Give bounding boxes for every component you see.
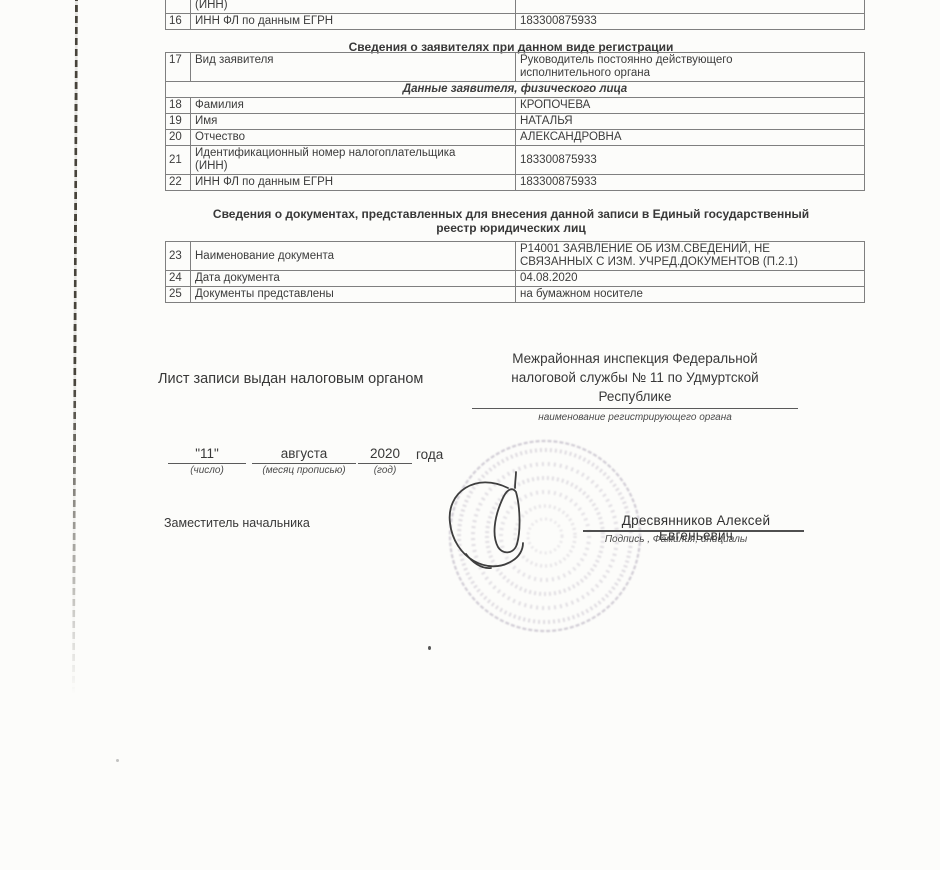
field-value-cell: 183300875933 bbox=[516, 146, 865, 175]
table-row: 20 Отчество АЛЕКСАНДРОВНА bbox=[166, 130, 865, 146]
issued-by-label: Лист записи выдан налоговым органом bbox=[158, 371, 423, 387]
applicants-table: 17 Вид заявителя Руководитель постоянно … bbox=[165, 52, 865, 191]
row-number-cell: 21 bbox=[166, 146, 191, 175]
field-value-cell: на бумажном носителе bbox=[516, 287, 865, 303]
row-number-cell: 25 bbox=[166, 287, 191, 303]
table-row: 21 Идентификационный номер налогоплатель… bbox=[166, 146, 865, 175]
row-number-cell: 17 bbox=[166, 53, 191, 82]
table-row: 23 Наименование документа Р14001 ЗАЯВЛЕН… bbox=[166, 242, 865, 271]
date-year-value: 2020 bbox=[358, 446, 412, 464]
field-label-cell: Вид заявителя bbox=[191, 53, 516, 82]
date-year-field: 2020 (год) bbox=[358, 446, 412, 476]
section-title-documents: Сведения о документах, представленных дл… bbox=[150, 207, 872, 235]
documents-table: 23 Наименование документа Р14001 ЗАЯВЛЕН… bbox=[165, 241, 865, 303]
signature-underline bbox=[583, 530, 804, 532]
table-subheader-row: Данные заявителя, физического лица bbox=[166, 82, 865, 98]
field-label-cell: Имя bbox=[191, 114, 516, 130]
field-value-cell: КРОПОЧЕВА bbox=[516, 98, 865, 114]
subheader-cell: Данные заявителя, физического лица bbox=[166, 82, 865, 98]
field-value-cell bbox=[516, 0, 865, 14]
signature-caption: Подпись , Фамилия, инициалы bbox=[576, 534, 776, 545]
row-number-cell: 24 bbox=[166, 271, 191, 287]
table-row: 18 Фамилия КРОПОЧЕВА bbox=[166, 98, 865, 114]
date-month-caption: (месяц прописью) bbox=[252, 464, 356, 476]
row-number-cell: 20 bbox=[166, 130, 191, 146]
field-label-cell: Наименование документа bbox=[191, 242, 516, 271]
table-row: 25 Документы представлены на бумажном но… bbox=[166, 287, 865, 303]
field-label-cell: Отчество bbox=[191, 130, 516, 146]
row-number-cell: 22 bbox=[166, 175, 191, 191]
field-label-cell: (ИНН) bbox=[191, 0, 516, 14]
date-year-caption: (год) bbox=[358, 464, 412, 476]
field-value-cell: НАТАЛЬЯ bbox=[516, 114, 865, 130]
inn-table-fragment: (ИНН) 16 ИНН ФЛ по данным ЕГРН 183300875… bbox=[165, 0, 865, 30]
scan-binding-artifact bbox=[72, 0, 78, 694]
authority-caption: наименование регистрирующего органа bbox=[472, 412, 798, 423]
field-value-cell: 04.08.2020 bbox=[516, 271, 865, 287]
row-number-cell: 19 bbox=[166, 114, 191, 130]
row-number-cell: 23 bbox=[166, 242, 191, 271]
table-row: 24 Дата документа 04.08.2020 bbox=[166, 271, 865, 287]
field-label-cell: Фамилия bbox=[191, 98, 516, 114]
field-label-cell: Документы представлены bbox=[191, 287, 516, 303]
table-row: (ИНН) bbox=[166, 0, 865, 14]
scanned-egrul-record-sheet: (ИНН) 16 ИНН ФЛ по данным ЕГРН 183300875… bbox=[0, 0, 940, 870]
field-label-cell: ИНН ФЛ по данным ЕГРН bbox=[191, 14, 516, 30]
field-label-cell: Дата документа bbox=[191, 271, 516, 287]
field-label-cell: ИНН ФЛ по данным ЕГРН bbox=[191, 175, 516, 191]
field-value-cell: 183300875933 bbox=[516, 175, 865, 191]
field-value-cell: Руководитель постоянно действующего испо… bbox=[516, 53, 865, 82]
table-row: 17 Вид заявителя Руководитель постоянно … bbox=[166, 53, 865, 82]
row-number-cell bbox=[166, 0, 191, 14]
field-label-cell: Идентификационный номер налогоплательщик… bbox=[191, 146, 516, 175]
row-number-cell: 16 bbox=[166, 14, 191, 30]
row-number-cell: 18 bbox=[166, 98, 191, 114]
registering-authority-name: Межрайонная инспекция Федеральной налого… bbox=[472, 349, 798, 409]
signer-position-label: Заместитель начальника bbox=[164, 516, 310, 530]
field-value-cell: 183300875933 bbox=[516, 14, 865, 30]
date-day-value: "11" bbox=[168, 446, 246, 464]
field-value-cell: Р14001 ЗАЯВЛЕНИЕ ОБ ИЗМ.СВЕДЕНИЙ, НЕ СВЯ… bbox=[516, 242, 865, 271]
date-month-value: августа bbox=[252, 446, 356, 464]
table-row: 19 Имя НАТАЛЬЯ bbox=[166, 114, 865, 130]
table-row: 22 ИНН ФЛ по данным ЕГРН 183300875933 bbox=[166, 175, 865, 191]
date-day-caption: (число) bbox=[168, 464, 246, 476]
date-day-field: "11" (число) bbox=[168, 446, 246, 476]
table-row: 16 ИНН ФЛ по данным ЕГРН 183300875933 bbox=[166, 14, 865, 30]
field-value-cell: АЛЕКСАНДРОВНА bbox=[516, 130, 865, 146]
scan-speck bbox=[116, 759, 119, 762]
date-month-field: августа (месяц прописью) bbox=[252, 446, 356, 476]
